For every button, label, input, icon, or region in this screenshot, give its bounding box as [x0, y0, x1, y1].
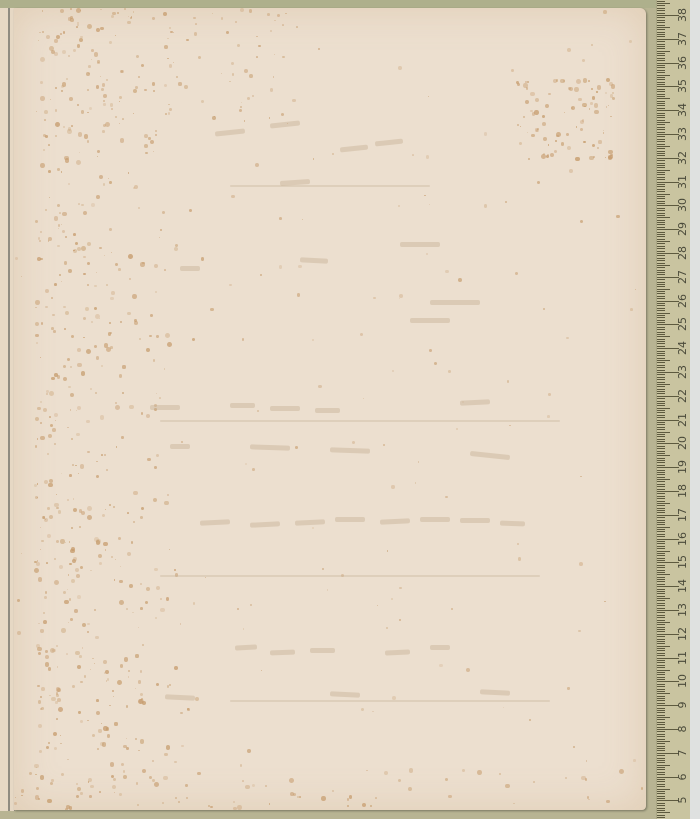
ruler-tick — [657, 708, 665, 709]
foxing-spot — [48, 434, 52, 438]
foxing-spot — [73, 49, 76, 52]
foxing-spot — [87, 89, 89, 91]
foxing-spot — [187, 708, 189, 710]
ruler-tick — [657, 541, 665, 542]
foxing-spot — [398, 66, 402, 70]
foxing-spot — [69, 541, 71, 543]
foxing-spot — [83, 317, 86, 320]
ruler-tick — [657, 608, 665, 609]
foxing-spot — [73, 557, 77, 561]
foxing-spot — [270, 30, 272, 32]
foxing-spot — [98, 729, 101, 732]
foxing-spot — [584, 106, 585, 107]
foxing-spot — [51, 327, 54, 330]
foxing-spot — [61, 473, 62, 474]
ruler-tick — [657, 474, 665, 475]
foxing-spot — [44, 119, 46, 121]
foxing-spot — [62, 82, 67, 87]
ruler-tick — [657, 101, 665, 102]
ruler-tick — [657, 386, 665, 387]
ruler-tick — [657, 755, 665, 756]
ruler-tick — [657, 260, 665, 261]
foxing-spot — [106, 727, 109, 730]
foxing-spot — [245, 463, 248, 466]
foxing-spot — [35, 220, 39, 224]
foxing-spot — [132, 612, 133, 613]
foxing-spot — [53, 330, 56, 333]
ruler-tick — [657, 177, 665, 178]
ruler-tick — [657, 724, 665, 725]
ruler-tick — [657, 672, 665, 673]
foxing-spot — [313, 158, 314, 159]
foxing-spot — [197, 772, 201, 776]
foxing-spot — [289, 778, 294, 783]
foxing-spot — [51, 297, 53, 299]
foxing-spot — [260, 274, 262, 276]
ruler-tick — [657, 141, 665, 142]
foxing-spot — [67, 589, 68, 590]
foxing-spot — [96, 356, 100, 360]
ruler-tick — [657, 498, 665, 499]
ruler-tick — [657, 129, 665, 130]
foxing-spot — [83, 256, 86, 259]
foxing-spot — [361, 708, 364, 711]
foxing-spot — [94, 345, 97, 348]
ruler-tick — [657, 410, 665, 411]
foxing-spot — [124, 8, 126, 10]
ruler-number-label: 27 — [677, 266, 689, 288]
foxing-spot — [91, 321, 93, 323]
foxing-spot — [97, 156, 98, 157]
foxing-spot — [347, 805, 349, 807]
foxing-spot — [273, 76, 274, 77]
foxing-spot — [610, 116, 611, 117]
foxing-spot — [77, 44, 81, 48]
foxing-spot — [597, 147, 599, 149]
foxing-spot — [81, 204, 84, 207]
foxing-spot — [101, 88, 104, 91]
foxing-spot — [102, 514, 105, 517]
foxing-spot — [573, 746, 575, 748]
foxing-spot — [49, 416, 51, 418]
background-top — [0, 0, 700, 8]
foxing-spot — [64, 328, 66, 330]
ruler-tick — [657, 355, 665, 356]
foxing-spot — [68, 269, 72, 273]
foxing-spot — [153, 90, 155, 92]
foxing-spot — [609, 82, 613, 86]
foxing-spot — [152, 760, 154, 762]
foxing-spot — [37, 647, 41, 651]
foxing-spot — [156, 335, 158, 337]
ruler-tick — [657, 696, 665, 697]
foxing-spot — [274, 20, 275, 21]
foxing-spot — [205, 577, 206, 578]
ruler-tick — [657, 574, 670, 575]
ruler-tick — [657, 727, 665, 728]
foxing-spot — [186, 797, 188, 799]
foxing-spot — [240, 764, 242, 766]
ruler-number-label: 17 — [677, 504, 689, 526]
ruler-tick — [657, 424, 665, 425]
foxing-spot — [94, 663, 95, 664]
foxing-spot — [35, 417, 40, 422]
foxing-spot — [256, 56, 258, 58]
foxing-spot — [103, 100, 105, 102]
foxing-spot — [69, 806, 72, 809]
foxing-spot — [169, 684, 171, 686]
foxing-spot — [106, 79, 107, 80]
bleed-through-beam — [400, 242, 440, 247]
bleed-through-beam — [270, 650, 295, 656]
foxing-spot — [68, 183, 71, 186]
ruler-tick — [657, 531, 665, 532]
foxing-spot — [591, 44, 593, 46]
foxing-spot — [57, 666, 59, 668]
foxing-spot — [155, 130, 157, 132]
foxing-spot — [583, 141, 586, 144]
foxing-spot — [155, 134, 157, 136]
foxing-spot — [67, 499, 69, 501]
foxing-spot — [104, 255, 105, 256]
ruler-tick — [657, 686, 665, 687]
foxing-spot — [70, 393, 74, 397]
ruler-tick — [657, 477, 665, 478]
foxing-spot — [398, 205, 400, 207]
foxing-spot — [103, 124, 106, 127]
ruler-tick — [657, 712, 665, 713]
ruler-tick — [657, 719, 665, 720]
ruler-tick — [657, 289, 670, 290]
foxing-spot — [349, 795, 352, 798]
foxing-spot — [235, 21, 237, 23]
foxing-spot — [164, 368, 165, 369]
foxing-spot — [36, 787, 39, 790]
ruler-tick — [657, 700, 665, 701]
foxing-spot — [80, 792, 83, 795]
ruler-tick — [657, 227, 665, 228]
foxing-spot — [517, 83, 521, 87]
foxing-spot — [164, 45, 168, 49]
foxing-spot — [83, 273, 86, 276]
ruler-tick — [657, 391, 665, 392]
foxing-spot — [118, 268, 121, 271]
foxing-spot — [144, 134, 148, 138]
foxing-spot — [115, 263, 118, 266]
foxing-spot — [484, 204, 488, 208]
foxing-spot — [195, 697, 199, 701]
foxing-spot — [122, 365, 125, 368]
foxing-spot — [62, 212, 67, 217]
foxing-spot — [29, 772, 32, 775]
ruler-tick — [657, 139, 665, 140]
foxing-spot — [46, 746, 49, 749]
ruler-tick — [657, 572, 665, 573]
foxing-spot — [145, 601, 148, 604]
foxing-spot — [100, 415, 105, 420]
foxing-spot — [580, 128, 583, 131]
bleed-through-beam — [430, 645, 450, 650]
foxing-spot — [76, 160, 81, 165]
foxing-spot — [45, 662, 49, 666]
ruler-tick — [657, 579, 665, 580]
foxing-spot — [163, 12, 167, 16]
ruler-tick — [657, 22, 665, 23]
foxing-spot — [174, 569, 176, 571]
foxing-spot — [123, 775, 127, 779]
foxing-spot — [237, 44, 240, 47]
ruler-tick — [657, 693, 670, 694]
foxing-spot — [129, 584, 133, 588]
ruler-number-label: 12 — [677, 623, 689, 645]
ruler-tick — [657, 346, 665, 347]
foxing-spot — [578, 98, 582, 102]
ruler-tick — [657, 393, 665, 394]
bleed-through-beam — [410, 318, 450, 323]
foxing-spot — [94, 285, 97, 288]
foxing-spot — [21, 789, 24, 792]
ruler-tick — [657, 684, 665, 685]
foxing-spot — [43, 149, 45, 151]
ruler-tick — [657, 170, 670, 171]
foxing-spot — [154, 782, 159, 787]
foxing-spot — [75, 242, 78, 245]
foxing-spot — [76, 574, 80, 578]
foxing-spot — [629, 40, 632, 43]
ruler-tick — [657, 408, 670, 409]
foxing-spot — [193, 17, 195, 19]
foxing-spot — [79, 509, 82, 512]
foxing-spot — [50, 424, 53, 427]
ruler-tick — [657, 151, 665, 152]
ruler-tick — [657, 427, 665, 428]
foxing-spot — [530, 92, 534, 96]
foxing-spot — [56, 540, 59, 543]
foxing-spot — [35, 774, 37, 776]
foxing-spot — [111, 556, 113, 558]
foxing-spot — [87, 242, 91, 246]
ruler-tick — [657, 615, 665, 616]
foxing-spot — [566, 337, 569, 340]
foxing-spot — [192, 338, 195, 341]
bleed-through-beam — [310, 648, 335, 653]
foxing-spot — [109, 41, 113, 45]
foxing-spot — [113, 696, 114, 697]
foxing-spot — [57, 698, 61, 702]
foxing-spot — [277, 14, 280, 17]
foxing-spot — [210, 308, 213, 311]
bleed-through-beam — [335, 517, 365, 522]
foxing-spot — [104, 454, 106, 456]
foxing-spot — [370, 805, 372, 807]
foxing-spot — [592, 144, 595, 147]
foxing-spot — [252, 784, 256, 788]
foxing-spot — [48, 170, 51, 173]
ruler-tick — [657, 627, 665, 628]
ruler-tick — [657, 251, 665, 252]
ruler-tick — [657, 458, 665, 459]
foxing-spot — [391, 485, 394, 488]
foxing-spot — [136, 782, 138, 784]
ruler-tick — [657, 153, 665, 154]
foxing-spot — [173, 32, 174, 33]
ruler-tick — [657, 165, 665, 166]
foxing-spot — [34, 764, 39, 769]
foxing-spot — [70, 366, 71, 367]
foxing-spot — [92, 658, 94, 660]
foxing-spot — [112, 12, 115, 15]
foxing-spot — [589, 156, 594, 161]
ruler-tick — [657, 284, 665, 285]
foxing-spot — [65, 542, 66, 543]
foxing-spot — [318, 385, 321, 388]
foxing-spot — [159, 397, 161, 399]
foxing-spot — [144, 144, 148, 148]
ruler-tick — [657, 332, 665, 333]
foxing-spot — [48, 483, 52, 487]
ruler-number-label: 11 — [677, 647, 689, 669]
foxing-spot — [250, 604, 253, 607]
ruler-tick — [657, 739, 665, 740]
ruler-tick — [657, 55, 665, 56]
foxing-spot — [139, 338, 141, 340]
foxing-spot — [103, 660, 107, 664]
foxing-spot — [77, 348, 81, 352]
foxing-spot — [528, 158, 530, 160]
bleed-through-beam — [420, 517, 450, 522]
foxing-spot — [21, 795, 22, 796]
foxing-spot — [67, 427, 68, 428]
foxing-spot — [56, 507, 58, 509]
foxing-spot — [48, 144, 50, 146]
foxing-spot — [80, 720, 83, 723]
ruler-tick — [657, 731, 665, 732]
ruler-tick — [657, 703, 665, 704]
foxing-spot — [44, 596, 47, 599]
foxing-spot — [548, 93, 550, 95]
ruler-tick — [657, 117, 665, 118]
foxing-spot — [100, 9, 101, 10]
ruler-number-label: 16 — [677, 528, 689, 550]
ruler-tick — [657, 17, 665, 18]
foxing-spot — [54, 52, 58, 56]
ruler-number-label: 29 — [677, 218, 689, 240]
foxing-spot — [282, 56, 284, 58]
foxing-spot — [154, 264, 158, 268]
foxing-spot — [535, 98, 539, 102]
foxing-spot — [66, 78, 68, 80]
ruler-tick — [657, 534, 665, 535]
foxing-spot — [518, 557, 522, 561]
foxing-spot — [105, 670, 109, 674]
foxing-spot — [40, 696, 42, 698]
foxing-spot — [292, 99, 295, 102]
foxing-spot — [185, 784, 188, 787]
ruler-tick — [657, 210, 665, 211]
foxing-spot — [14, 802, 17, 805]
foxing-spot — [424, 195, 426, 197]
foxing-spot — [105, 549, 107, 551]
ruler-tick — [657, 220, 665, 221]
ruler-tick — [657, 203, 665, 204]
foxing-spot — [87, 451, 89, 453]
ruler-number-label: 14 — [677, 575, 689, 597]
foxing-spot — [612, 97, 615, 100]
foxing-spot — [36, 342, 38, 344]
foxing-spot — [258, 45, 260, 47]
foxing-spot — [366, 770, 367, 771]
foxing-spot — [38, 623, 40, 625]
ruler-tick — [657, 765, 670, 766]
foxing-spot — [96, 711, 100, 715]
ruler-tick — [657, 717, 670, 718]
foxing-spot — [616, 215, 620, 219]
foxing-spot — [87, 720, 89, 722]
foxing-spot — [548, 144, 550, 146]
ruler-tick — [657, 303, 665, 304]
foxing-spot — [462, 769, 465, 772]
foxing-spot — [117, 680, 122, 685]
foxing-spot — [445, 270, 449, 274]
ruler-number-label: 35 — [677, 75, 689, 97]
foxing-spot — [426, 253, 428, 255]
foxing-spot — [545, 104, 549, 108]
ruler-tick — [657, 48, 665, 49]
foxing-spot — [60, 9, 64, 13]
foxing-spot — [445, 778, 448, 781]
foxing-spot — [384, 771, 388, 775]
foxing-spot — [110, 297, 113, 300]
foxing-spot — [565, 777, 568, 780]
foxing-spot — [201, 100, 204, 103]
foxing-spot — [140, 670, 143, 673]
ruler-tick — [657, 146, 670, 147]
ruler-tick — [657, 662, 665, 663]
foxing-spot — [59, 212, 61, 214]
ruler-tick — [657, 198, 665, 199]
ruler-number-label: 33 — [677, 123, 689, 145]
foxing-spot — [109, 181, 112, 184]
foxing-spot — [36, 111, 37, 112]
foxing-spot — [73, 250, 74, 251]
foxing-spot — [139, 699, 143, 703]
foxing-spot — [50, 99, 51, 100]
ruler-tick — [657, 760, 665, 761]
foxing-spot — [114, 792, 115, 793]
foxing-spot — [89, 107, 92, 110]
ruler-tick — [657, 327, 665, 328]
foxing-spot — [408, 787, 412, 791]
ruler-tick — [657, 470, 665, 471]
foxing-spot — [619, 769, 624, 774]
foxing-spot — [62, 50, 66, 54]
foxing-spot — [71, 527, 73, 529]
foxing-spot — [255, 163, 259, 167]
foxing-spot — [67, 759, 69, 761]
ruler-tick — [657, 32, 665, 33]
foxing-spot — [37, 407, 41, 411]
ruler-tick — [657, 598, 670, 599]
foxing-spot — [591, 88, 593, 90]
foxing-spot — [46, 35, 50, 39]
foxing-spot — [88, 65, 91, 68]
foxing-spot — [592, 96, 596, 100]
foxing-spot — [537, 181, 540, 184]
ruler-tick — [657, 677, 665, 678]
ruler-tick — [657, 27, 670, 28]
ruler-number-label: 30 — [677, 194, 689, 216]
ruler-tick — [657, 65, 665, 66]
